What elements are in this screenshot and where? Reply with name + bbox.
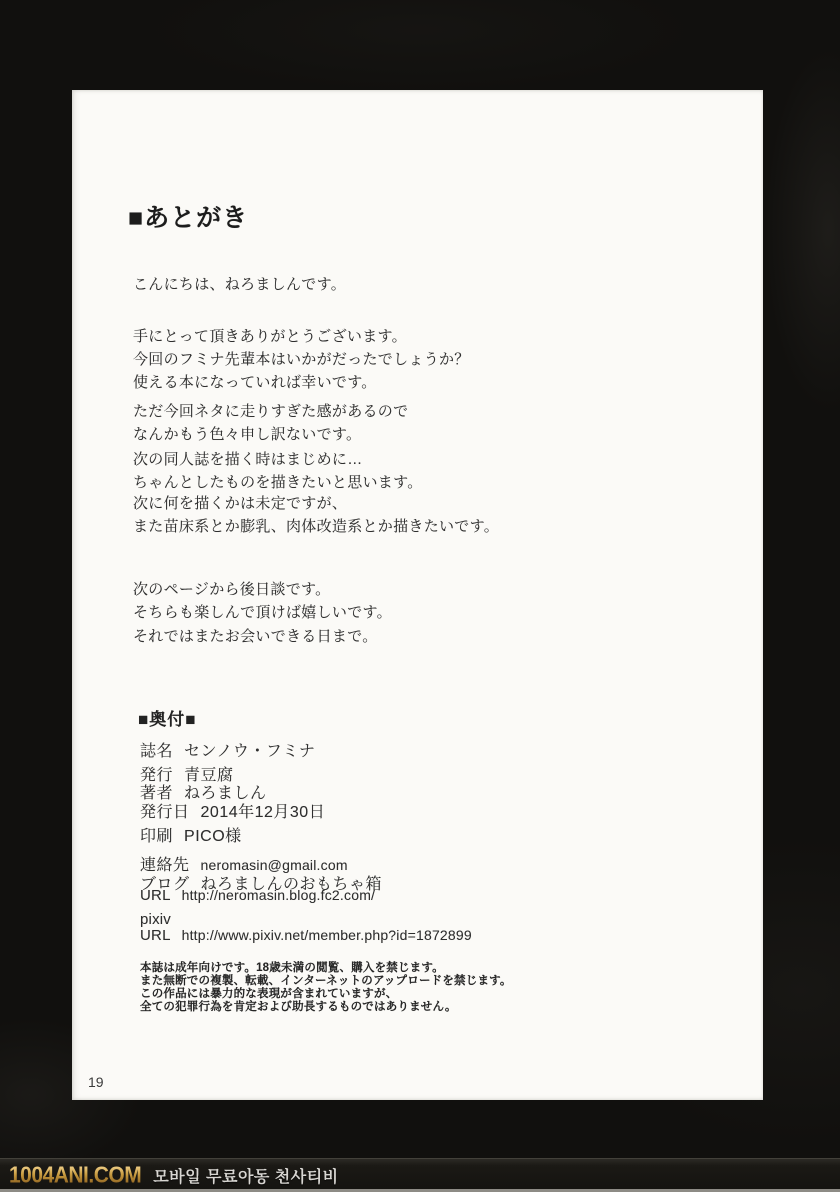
afterword-paragraph-farewell: それではまたお会いできる日まで。 — [133, 625, 378, 648]
afterword-paragraph-next-doujin: 次の同人誌を描く時はまじめに… ちゃんとしたものを描きたいと思います。 — [133, 448, 423, 494]
field-label: 誌名 — [140, 743, 173, 760]
afterword-paragraph-apology: ただ今回ネタに走りすぎた感があるので なんかもう色々申し訳ないです。 — [133, 400, 408, 446]
colophon-field-publish-date: 発行日2014年12月30日 — [140, 799, 325, 822]
afterword-paragraph-greeting: こんにちは、ねろましんです。 — [133, 273, 346, 296]
field-value: センノウ・フミナ — [184, 743, 315, 760]
afterword-paragraph-thanks: 手にとって頂きありがとうございます。 今回のフミナ先輩本はいかがだったでしょうか… — [133, 325, 470, 394]
text-line: ただ今回ネタに走りすぎた感があるので — [133, 400, 408, 423]
document-page: ■あとがき こんにちは、ねろましんです。 手にとって頂きありがとうございます。 … — [72, 90, 763, 1100]
field-value: 2014年12月30日 — [201, 804, 326, 821]
colophon-heading: ■奥付■ — [138, 705, 197, 730]
adult-content-disclaimer: 本誌は成年向けです。18歳未満の閲覧、購入を禁じます。 また無断での複製、転載、… — [140, 962, 512, 1014]
text-line: そちらも楽しんで頂けば嬉しいです。 — [133, 601, 392, 624]
field-label: 発行日 — [140, 804, 190, 821]
text-line: 次の同人誌を描く時はまじめに… — [133, 448, 423, 471]
text-line: こんにちは、ねろましんです。 — [133, 273, 346, 296]
text-line: なんかもう色々申し訳ないです。 — [133, 423, 408, 446]
text-line: 本誌は成年向けです。18歳未満の閲覧、購入を禁じます。 — [140, 962, 512, 975]
text-line: それではまたお会いできる日まで。 — [133, 625, 378, 648]
afterword-paragraph-future-plans: 次に何を描くかは未定ですが、 また苗床系とか膨乳、肉体改造系とか描きたいです。 — [133, 492, 499, 538]
afterword-paragraph-epilogue-note: 次のページから後日談です。 そちらも楽しんで頂けば嬉しいです。 — [133, 578, 392, 624]
text-line: 全ての犯罪行為を肯定および助長するものではありません。 — [140, 1001, 512, 1014]
field-value: PICO様 — [184, 828, 242, 845]
text-line: 使える本になっていれば幸いです。 — [133, 371, 470, 394]
field-label: 印刷 — [140, 828, 173, 845]
field-value-url: http://neromasin.blog.fc2.com/ — [182, 887, 376, 903]
colophon-field-blog-url: URLhttp://neromasin.blog.fc2.com/ — [140, 887, 375, 905]
text-line: また苗床系とか膨乳、肉体改造系とか描きたいです。 — [133, 515, 499, 538]
field-label: pixiv — [140, 911, 171, 928]
watermark-site-logo: 1004ANI.COM — [9, 1163, 141, 1189]
watermark-tagline: 모바일 무료아동 천사티비 — [153, 1164, 338, 1187]
text-line: この作品には暴力的な表現が含まれていますが、 — [140, 988, 512, 1001]
scan-background: ■あとがき こんにちは、ねろましんです。 手にとって頂きありがとうございます。 … — [0, 0, 840, 1192]
field-label: URL — [140, 927, 171, 944]
field-value-url: http://www.pixiv.net/member.php?id=18728… — [182, 927, 472, 943]
page-number: 19 — [88, 1074, 104, 1090]
watermark-bar: 1004ANI.COM 모바일 무료아동 천사티비 — [0, 1158, 840, 1192]
text-line: 次に何を描くかは未定ですが、 — [133, 492, 499, 515]
field-label: URL — [140, 887, 171, 904]
colophon-field-title: 誌名センノウ・フミナ — [140, 738, 315, 761]
text-line: 今回のフミナ先輩本はいかがだったでしょうか？ — [133, 348, 470, 371]
text-line: 次のページから後日談です。 — [133, 578, 392, 601]
text-line: また無断での複製、転載、インターネットのアップロードを禁じます。 — [140, 975, 512, 988]
colophon-field-pixiv-url: URLhttp://www.pixiv.net/member.php?id=18… — [140, 927, 472, 945]
afterword-heading: ■あとがき — [128, 198, 248, 234]
text-line: 手にとって頂きありがとうございます。 — [133, 325, 470, 348]
text-line: ちゃんとしたものを描きたいと思います。 — [133, 471, 423, 494]
colophon-field-printer: 印刷PICO様 — [140, 823, 242, 846]
